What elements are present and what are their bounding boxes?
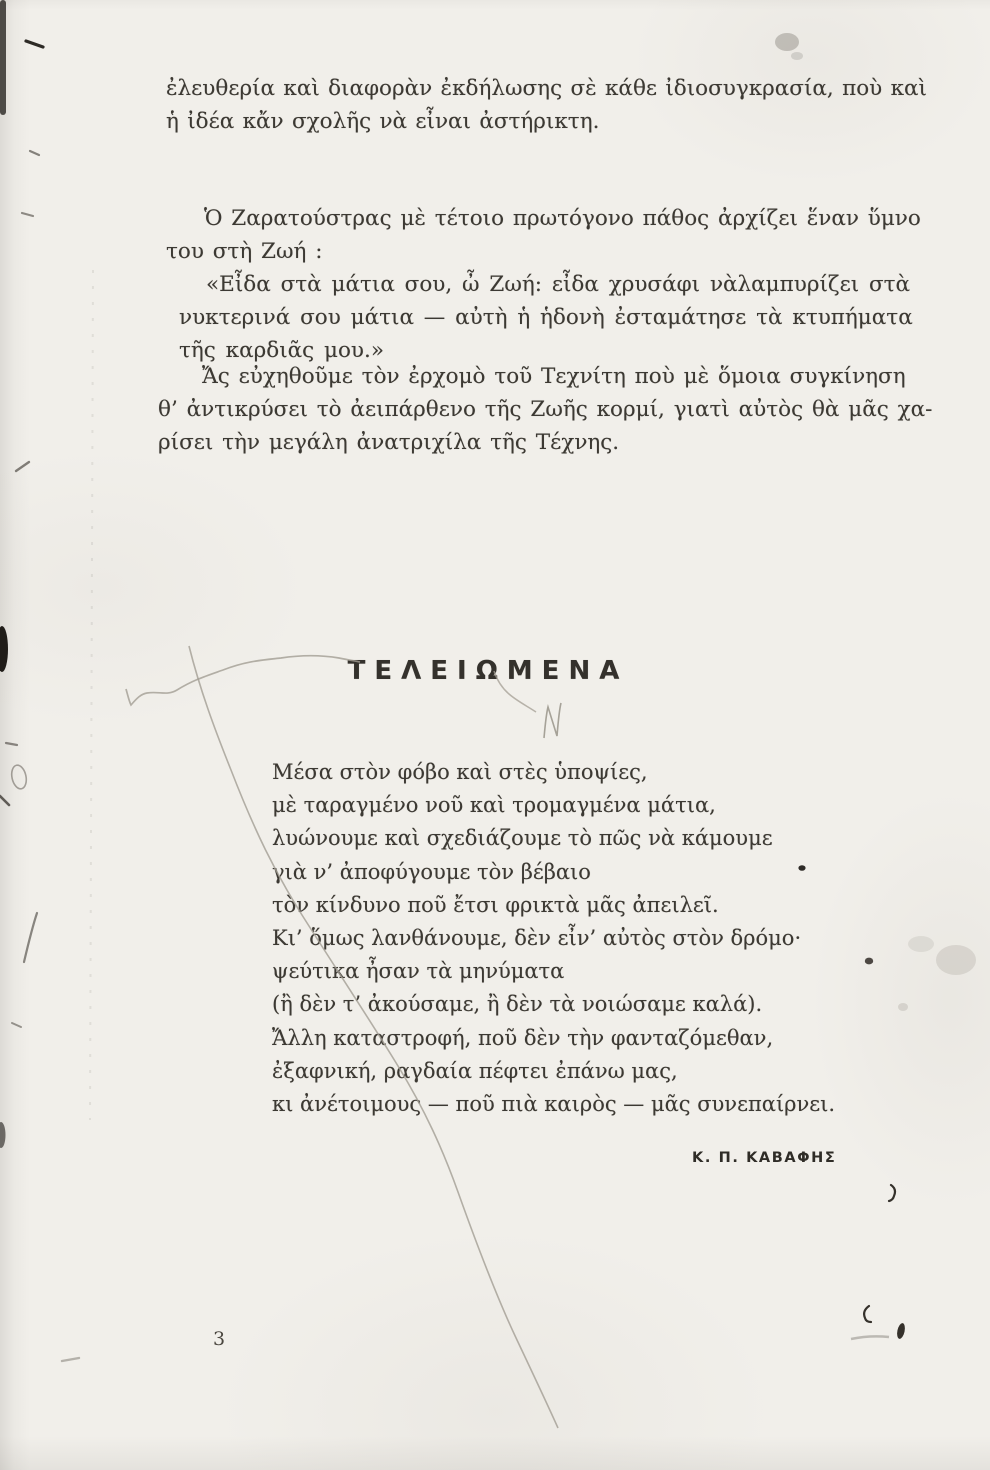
poem-line: γιὰ ν’ ἀποφύγουμε τὸν βέβαιο (272, 856, 835, 889)
stain-right-tiny (898, 1003, 908, 1011)
life-quote: «Εἶδα στὰ μάτια σου, ὦ Ζωή: εἶδα χρυσάφι… (179, 268, 913, 367)
poem-line: ψεύτικα ἦσαν τὰ μηνύματα (272, 955, 835, 988)
binding-stroke-4 (16, 462, 29, 471)
text-line: Ὁ Ζαρατούστρας μὲ τέτοιο πρωτόγονο πάθος… (166, 202, 921, 235)
text-line: θ’ ἀντικρύσει τὸ ἀειπάρθενο τῆς Ζωῆς κορ… (158, 393, 932, 426)
fold-crease (90, 270, 93, 1120)
poem-line: Κι’ ὅμως λανθάνουμε, δὲν εἶν’ αὐτὸς στὸν… (272, 922, 835, 955)
stain-right-blotch (936, 945, 976, 975)
author-signature: Κ. Π. ΚΑΒΑΦΗΣ (692, 1150, 836, 1166)
stain-top-right (775, 33, 799, 51)
binding-dash-2 (30, 151, 39, 155)
binding-blob-lower (0, 1122, 6, 1148)
poem-line: Μέσα στὸν φόβο καὶ στὲς ὑποψίες, (272, 756, 835, 789)
poem-title: ΤΕΛΕΙΩΜΕΝΑ (283, 656, 693, 686)
binding-dash-8 (12, 1023, 21, 1027)
binding-stroke-7 (24, 913, 37, 962)
scanned-book-page: ἐλευθερία καὶ διαφορὰν ἐκδήλωσης σὲ κάθε… (0, 0, 990, 1470)
stain-top-right-small (791, 52, 803, 60)
poem-line: (ἢ δὲν τ’ ἀκούσαμε, ἢ δὲν τὰ νοιώσαμε κα… (272, 988, 835, 1021)
intro-paragraph: ἐλευθερία καὶ διαφορὰν ἐκδήλωσης σὲ κάθε… (166, 72, 927, 138)
poem-line: ἐξαφνική, ραγδαία πέφτει ἐπάνω μας, (272, 1055, 835, 1088)
text-line: του στὴ Ζωή : (166, 235, 921, 268)
poem-line: λυώνουμε καὶ σχεδιάζουμε τὸ πῶς νὰ κάμου… (272, 822, 835, 855)
ink-hook-mark-upper (889, 1185, 895, 1201)
zarathustra-paragraph: Ὁ Ζαρατούστρας μὲ τέτοιο πρωτόγονο πάθος… (166, 202, 921, 268)
faint-dash-bottom-left (62, 1358, 79, 1361)
binding-oval-outline (10, 764, 29, 790)
binding-blob-mid (0, 626, 8, 672)
faint-dash-bottom-right (851, 1336, 889, 1339)
poem-line: κι ἀνέτοιμους — ποῦ πιὰ καιρὸς — μᾶς συν… (272, 1088, 835, 1121)
text-line: Ἄς εὐχηθοῦμε τὸν ἐρχομὸ τοῦ Τεχνίτη ποὺ … (158, 360, 932, 393)
text-line: ρίσει τὴν μεγάλη ἀνατριχίλα τῆς Τέχνης. (158, 426, 932, 459)
poem-line: τὸν κίνδυνο ποῦ ἔτσι φρικτὰ μᾶς ἀπειλεῖ. (272, 889, 835, 922)
binding-mark-6 (0, 796, 9, 805)
binding-dash-3 (22, 213, 33, 216)
text-line: ἐλευθερία καὶ διαφορὰν ἐκδήλωσης σὲ κάθε… (166, 72, 927, 105)
text-line: «Εἶδα στὰ μάτια σου, ὦ Ζωή: εἶδα χρυσάφι… (179, 268, 913, 301)
binding-dash-1 (26, 41, 43, 47)
ink-blob-bottom-right (896, 1322, 906, 1339)
artist-paragraph: Ἄς εὐχηθοῦμε τὸν ἐρχομὸ τοῦ Τεχνίτη ποὺ … (158, 360, 932, 459)
binding-dash-5 (6, 743, 17, 745)
pencil-n-mark (544, 703, 561, 738)
binding-bar-top (0, 0, 6, 115)
stain-right-faint (908, 936, 934, 952)
poem-line: Ἄλλη καταστροφή, ποῦ δὲν τὴν φανταζόμεθα… (272, 1022, 835, 1055)
ink-hook-mark-lower (864, 1306, 871, 1322)
page-number: 3 (213, 1328, 225, 1350)
text-line: νυκτερινά σου μάτια — αὐτὴ ἡ ἡδονὴ ἐσταμ… (179, 301, 913, 334)
text-line: ἡ ἰδέα κἄν σχολῆς νὰ εἶναι ἀστήρικτη. (166, 105, 927, 138)
poem-body: Μέσα στὸν φόβο καὶ στὲς ὑποψίες,μὲ ταραγ… (272, 756, 835, 1121)
ink-speck-right (865, 958, 873, 965)
poem-line: μὲ ταραγμένο νοῦ καὶ τρομαγμένα μάτια, (272, 789, 835, 822)
